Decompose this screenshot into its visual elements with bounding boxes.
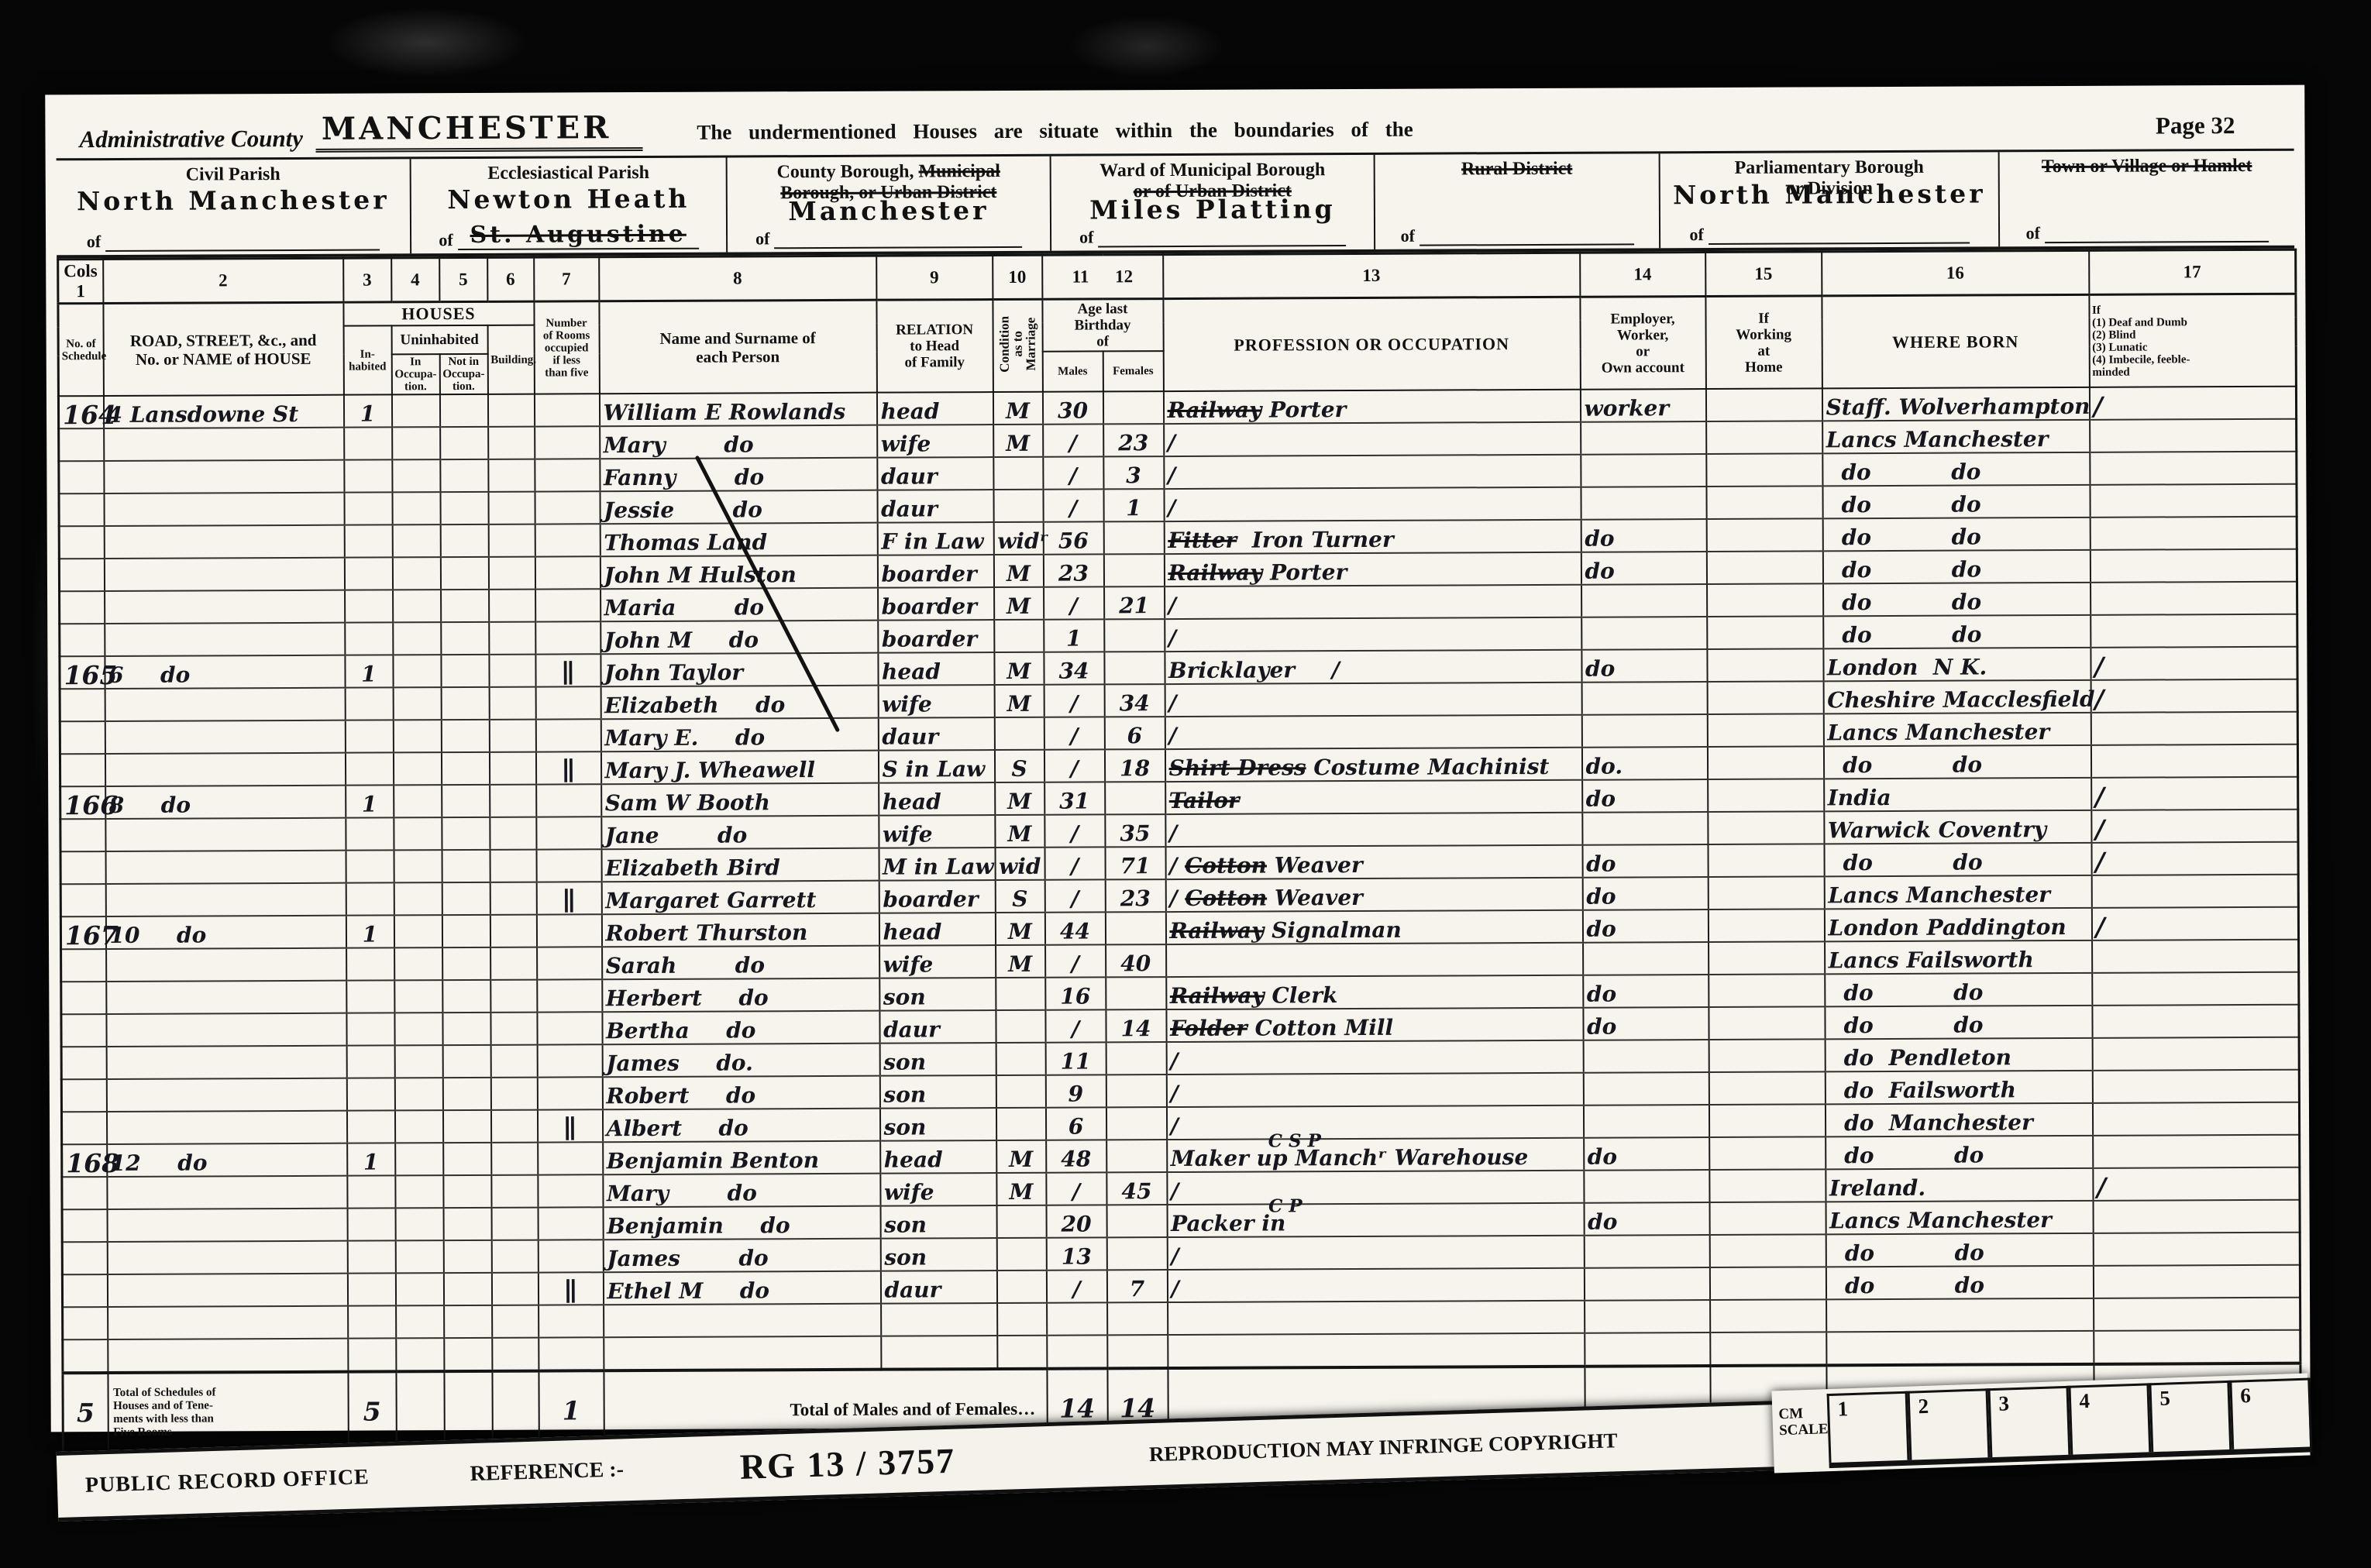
- col-num-15: 15: [1705, 252, 1822, 297]
- ecclesiastical-parish-of-value: St. Augustine: [470, 221, 686, 249]
- cell-empty: [1047, 1335, 1107, 1368]
- cell-employer: [1581, 584, 1707, 617]
- cell-age-female: [1106, 1140, 1167, 1172]
- cell-rooms: ∥: [535, 751, 600, 784]
- cell-road-name: [104, 525, 344, 559]
- cell-building: [490, 1078, 537, 1110]
- cell-relation: wife: [877, 425, 993, 458]
- cell-where-born: Staff. Wolverhampton: [1822, 387, 2089, 421]
- cell-inhabited: [346, 882, 394, 915]
- cell-building: [490, 785, 536, 817]
- cell-schedule-no: [61, 1047, 106, 1079]
- cell-uninhabited-in-occ: [393, 590, 441, 622]
- col-num-13: 13: [1163, 253, 1580, 298]
- blank-rule: [774, 246, 1022, 249]
- cell-at-home: [1709, 1006, 1825, 1040]
- ward-box: Ward of Municipal Borough or of Urban Di…: [1050, 155, 1375, 251]
- cell-age-female: [1106, 1107, 1166, 1140]
- cell-at-home: [1708, 811, 1824, 844]
- cell-where-born: do do: [1822, 518, 2090, 552]
- admin-county-value: MANCHESTER: [315, 109, 643, 153]
- cell-condition: S: [995, 880, 1044, 913]
- cell-schedule-no: [62, 1209, 107, 1242]
- cm-scale-label: CM SCALE: [1778, 1394, 1830, 1470]
- cell-age-female: [1106, 1205, 1167, 1237]
- cell-empty: [444, 1305, 492, 1338]
- cell-where-born: Lancs Manchester: [1826, 1201, 2093, 1235]
- cell-person-name: James do: [603, 1239, 880, 1273]
- cell-building: [490, 1013, 537, 1045]
- cell-condition: [996, 1010, 1045, 1043]
- cell-uninhabited-in-occ: [393, 655, 441, 687]
- cell-totals-schedules: 5: [63, 1373, 108, 1453]
- cell-where-born: do do: [1824, 843, 2091, 877]
- col-num-1: Cols 1: [58, 260, 103, 304]
- cell-occupation: /: [1167, 1268, 1584, 1302]
- cell-relation: M in Law: [879, 848, 995, 881]
- cell-person-name: Bertha do: [602, 1011, 879, 1045]
- cell-age-female: 23: [1103, 424, 1164, 456]
- cell-age-female: 35: [1105, 814, 1165, 847]
- cell-uninhabited-not-occ: [440, 459, 488, 492]
- cell-uninhabited-not-occ: [442, 850, 490, 882]
- cell-age-male: ∕: [1045, 944, 1106, 977]
- col-num-14: 14: [1580, 253, 1705, 297]
- col-employer-header: Employer, Worker, or Own account: [1580, 297, 1706, 390]
- cell-infirmity: [2091, 614, 2297, 648]
- cell-employer: [1581, 487, 1706, 520]
- cell-rooms: [535, 426, 600, 459]
- cell-uninhabited-in-occ: [395, 1240, 443, 1273]
- cell-road-name: [106, 1111, 346, 1144]
- cell-where-born: London N K.: [1823, 648, 2091, 682]
- cell-age-female: [1106, 1042, 1166, 1075]
- cell-infirmity: /: [2091, 777, 2298, 810]
- cell-relation: son: [880, 1238, 996, 1271]
- census-table: Cols 1 2 3 4 5 6 7 8 9 10 11 12 13 14 15…: [57, 249, 2302, 1455]
- cell-road-name: [105, 883, 346, 916]
- cell-uninhabited-not-occ: [441, 720, 489, 752]
- cell-schedule-no: [62, 1177, 107, 1209]
- ward-value: Miles Platting: [1089, 194, 1336, 225]
- cell-condition: [996, 1238, 1046, 1271]
- cell-occupation: Packer inC P: [1167, 1203, 1584, 1237]
- cell-uninhabited-not-occ: [442, 915, 490, 947]
- cell-uninhabited-not-occ: [443, 1240, 491, 1273]
- cell-employer: [1584, 1267, 1709, 1301]
- cell-condition: [996, 1075, 1045, 1108]
- cell-occupation: /: [1167, 1236, 1584, 1270]
- cell-rooms: [535, 686, 600, 719]
- cell-road-name: [105, 753, 345, 786]
- cell-at-home: [1709, 1267, 1826, 1300]
- copyright-notice: REPRODUCTION MAY INFRINGE COPYRIGHT: [1148, 1429, 1617, 1467]
- cell-building: [489, 590, 535, 622]
- cell-building: [491, 1143, 538, 1175]
- cell-building: [488, 492, 535, 524]
- cell-where-born: do do: [1822, 452, 2090, 487]
- cell-inhabited: [347, 1175, 395, 1208]
- cell-age-male: 20: [1046, 1205, 1106, 1237]
- cell-age-male: 23: [1043, 554, 1103, 586]
- cell-inhabited: 1: [343, 394, 391, 427]
- cell-schedule-no: [59, 526, 104, 559]
- cm-scale-ruler: 123456: [1827, 1377, 2313, 1468]
- cell-uninhabited-in-occ: [392, 427, 440, 459]
- cell-building: [491, 1175, 538, 1208]
- cell-schedule-no: [60, 754, 105, 786]
- cell-where-born: do do: [1823, 615, 2091, 649]
- cell-schedule-no: 167: [60, 916, 105, 949]
- cell-schedule-no: [61, 949, 106, 982]
- cell-uninhabited-in-occ: [393, 720, 441, 752]
- cell-empty: [604, 1336, 881, 1371]
- ecclesiastical-parish-value: Newton Heath: [447, 184, 690, 215]
- cell-uninhabited-in-occ: [394, 882, 442, 915]
- cell-infirmity: [2092, 940, 2299, 973]
- cell-condition: M: [994, 652, 1044, 685]
- parliamentary-borough-box: Parliamentary Borough or Division North …: [1659, 152, 1999, 248]
- cell-building: [489, 720, 535, 752]
- cell-age-female: 23: [1105, 879, 1165, 912]
- cell-building: [490, 1110, 537, 1143]
- cell-at-home: [1708, 909, 1824, 942]
- cell-rooms: ∥: [538, 1272, 603, 1305]
- col-road-header: ROAD, STREET, &c., and No. or NAME of HO…: [103, 302, 344, 396]
- cell-condition: M: [994, 685, 1044, 717]
- cell-rooms: [535, 621, 600, 654]
- cell-road-name: 12 do: [107, 1143, 347, 1177]
- cell-at-home: [1707, 648, 1823, 682]
- cell-infirmity: [2092, 1005, 2299, 1038]
- cell-schedule-no: [60, 819, 105, 851]
- cell-inhabited: 1: [345, 655, 393, 687]
- cell-age-male: 56: [1043, 521, 1103, 554]
- cell-infirmity: /: [2091, 647, 2297, 680]
- cell-uninhabited-not-occ: [441, 752, 489, 785]
- col-age-header: Age last Birthday of: [1042, 299, 1163, 352]
- cell-schedule-no: [59, 461, 104, 493]
- cell-person-name: Elizabeth do: [600, 686, 878, 720]
- admin-county-label: Administrative County: [79, 125, 303, 153]
- cell-employer: do: [1581, 519, 1706, 552]
- cell-condition: wid: [995, 848, 1044, 880]
- cell-rooms: [535, 459, 600, 491]
- cell-condition: [996, 1271, 1046, 1303]
- cell-condition: M: [994, 587, 1044, 620]
- cell-at-home: [1708, 844, 1824, 877]
- cm-scale-cell: 6: [2230, 1377, 2313, 1449]
- cell-where-born: Lancs Manchester: [1822, 420, 2090, 454]
- cell-where-born: do do: [1822, 550, 2090, 584]
- cell-empty: [1826, 1298, 2094, 1332]
- cell-rooms: [537, 1077, 602, 1109]
- district-header-band: Civil Parish North Manchester of Ecclesi…: [57, 149, 2295, 259]
- cell-road-name: [107, 1241, 347, 1274]
- cell-schedule-no: [59, 493, 104, 526]
- cell-infirmity: [2093, 1135, 2300, 1168]
- cell-rooms: [537, 947, 602, 979]
- table-header: Cols 1 2 3 4 5 6 7 8 9 10 11 12 13 14 15…: [58, 249, 2297, 396]
- cell-person-name: Jane do: [601, 816, 879, 850]
- cell-at-home: [1709, 1234, 1826, 1267]
- cell-road-name: [105, 688, 345, 721]
- cell-occupation: /: [1166, 1106, 1583, 1140]
- cell-inhabited: [346, 817, 394, 850]
- cell-where-born: do do: [1823, 745, 2091, 779]
- cell-schedule-no: [60, 689, 105, 721]
- cell-relation: boarder: [877, 555, 993, 588]
- of-label: of: [1689, 225, 1703, 245]
- blank-rule: [2045, 241, 2269, 243]
- civil-parish-box: Civil Parish North Manchester of: [57, 159, 411, 255]
- cell-at-home: [1706, 421, 1822, 454]
- cell-uninhabited-not-occ: [443, 1143, 491, 1175]
- cell-road-name: [105, 851, 346, 884]
- cell-occupation: Tailor: [1165, 780, 1582, 814]
- cell-age-male: ∕: [1044, 749, 1104, 782]
- cell-rooms: [537, 1044, 602, 1077]
- cell-age-male: 1: [1044, 619, 1104, 652]
- cell-schedule-no: [61, 1112, 106, 1144]
- cell-age-male: ∕: [1046, 1270, 1106, 1302]
- cell-relation: son: [880, 1205, 996, 1239]
- cell-empty: [997, 1303, 1047, 1336]
- cell-age-female: [1103, 391, 1163, 424]
- col-where-born-header: WHERE BORN: [1822, 294, 2090, 388]
- cell-age-female: [1104, 619, 1165, 652]
- cell-employer: do: [1581, 649, 1707, 683]
- cell-where-born: do do: [1826, 1136, 2093, 1170]
- cell-uninhabited-not-occ: [443, 1175, 491, 1208]
- cell-empty: [444, 1338, 492, 1371]
- cell-age-female: [1106, 977, 1166, 1009]
- cell-at-home: [1707, 616, 1823, 649]
- cell-schedule-no: [60, 721, 105, 754]
- cell-schedule-no: [60, 624, 105, 656]
- cell-road-name: [104, 460, 344, 493]
- cell-employer: worker: [1580, 389, 1705, 422]
- cell-age-female: [1104, 652, 1165, 684]
- rural-district-label-struck: Rural District: [1461, 159, 1572, 181]
- cell-age-male: 9: [1045, 1075, 1106, 1107]
- cell-age-male: ∕: [1043, 424, 1103, 456]
- of-label: of: [87, 232, 101, 252]
- cell-occupation: Railway Clerk: [1166, 975, 1583, 1009]
- cell-employer: [1582, 812, 1708, 845]
- cell-uninhabited-in-occ: [394, 1110, 442, 1143]
- cell-employer: [1581, 454, 1706, 487]
- cell-empty: [1585, 1332, 1710, 1367]
- cell-building: [490, 1045, 537, 1078]
- cell-empty: [396, 1305, 444, 1338]
- cell-condition: M: [996, 1140, 1046, 1173]
- cell-empty: [492, 1305, 539, 1338]
- cell-person-name: Albert do: [602, 1109, 879, 1143]
- cell-uninhabited-not-occ: [440, 524, 488, 557]
- cell-totals-label: Total of Schedules of Houses and of Tene…: [108, 1372, 348, 1453]
- cell-empty: [2094, 1298, 2300, 1331]
- cell-uninhabited-not-occ: [441, 687, 489, 720]
- cell-occupation: Fitter Iron Turner: [1164, 520, 1581, 554]
- cell-age-male: 16: [1045, 977, 1106, 1009]
- cell-relation: wife: [880, 1173, 996, 1206]
- cell-uninhabited-not-occ: [440, 492, 488, 524]
- cell-rooms: [535, 491, 600, 524]
- cell-person-name: Mary do: [603, 1174, 880, 1208]
- cell-at-home: [1706, 551, 1822, 584]
- cell-uninhabited-not-occ: [443, 1273, 491, 1305]
- cell-age-male: ∕: [1046, 1172, 1106, 1205]
- cell-employer: [1581, 617, 1707, 650]
- cell-condition: M: [993, 425, 1043, 457]
- cell-occupation: Bricklayer /: [1165, 650, 1581, 684]
- cell-where-born: Ireland.: [1826, 1168, 2093, 1202]
- cell-rooms: [538, 1240, 603, 1272]
- cell-person-name: Margaret Garrett: [601, 881, 879, 915]
- ecclesiastical-parish-box: Ecclesiastical Parish Newton Heath ofSt.…: [410, 158, 727, 254]
- reference-label: REFERENCE :-: [470, 1457, 624, 1487]
- cell-age-male: 13: [1046, 1237, 1106, 1270]
- cell-infirmity: /: [2091, 907, 2298, 940]
- cell-where-born: Lancs Manchester: [1824, 875, 2091, 910]
- cell-rooms: [535, 556, 600, 589]
- cell-schedule-no: 164: [58, 396, 103, 428]
- cell-relation: wife: [879, 945, 996, 978]
- cell-inhabited: [344, 427, 392, 459]
- cell-road-name: [107, 1274, 347, 1307]
- cell-empty: [1585, 1300, 1710, 1333]
- civil-parish-label: Civil Parish: [186, 164, 280, 186]
- of-label: of: [439, 230, 453, 250]
- cell-uninhabited-in-occ: [394, 817, 442, 850]
- col-rooms-header: Number of Rooms occupied if less than fi…: [534, 301, 600, 394]
- col-num-4: 4: [391, 258, 439, 302]
- cell-inhabited: [346, 947, 394, 980]
- film-artifact: [325, 8, 527, 77]
- cell-uninhabited-in-occ: [393, 752, 441, 785]
- cell-relation: son: [879, 1075, 996, 1109]
- cell-person-name: Robert do: [602, 1076, 879, 1110]
- cell-infirmity: [2092, 1070, 2299, 1103]
- cell-uninhabited-in-occ: [393, 687, 441, 720]
- cell-at-home: [1707, 714, 1823, 747]
- cell-empty: [108, 1339, 348, 1373]
- cell-infirmity: /: [2091, 842, 2298, 875]
- cell-person-name: Maria do: [600, 588, 878, 622]
- cell-person-name: John M Hulston: [600, 555, 877, 590]
- cell-age-female: 45: [1106, 1172, 1167, 1205]
- cell-empty: [1047, 1302, 1107, 1335]
- cell-uninhabited-in-occ: [394, 850, 442, 882]
- cell-infirmity: [2092, 972, 2299, 1006]
- cell-age-male: 30: [1042, 391, 1103, 424]
- cell-relation: head: [879, 782, 995, 816]
- cell-inhabited: [345, 720, 393, 752]
- cell-rooms: [535, 719, 600, 751]
- occupation-annotation: C S P: [1268, 1129, 1321, 1154]
- cell-inhabited: [346, 1045, 394, 1078]
- cell-where-born: do do: [1822, 485, 2090, 519]
- cell-uninhabited-in-occ: [392, 557, 440, 590]
- cell-inhabited: 1: [346, 915, 394, 947]
- blank-rule: [1420, 243, 1634, 246]
- col-uninhabited-header: Uninhabited: [391, 325, 487, 355]
- cell-age-female: 3: [1103, 456, 1164, 489]
- cell-road-name: 10 do: [105, 916, 346, 949]
- cell-occupation: /: [1166, 1040, 1583, 1075]
- cell-relation: son: [879, 978, 996, 1011]
- town-village-label-struck: Town or Village or Hamlet: [2042, 156, 2252, 177]
- cell-employer: [1583, 1072, 1709, 1106]
- cell-employer: [1584, 1170, 1709, 1203]
- cell-at-home: [1705, 388, 1822, 421]
- cell-schedule-no: [61, 982, 106, 1014]
- cell-empty: [108, 1306, 348, 1339]
- cell-person-name: Herbert do: [602, 978, 879, 1013]
- blank-rule: [1709, 242, 1970, 245]
- cell-road-name: 8 do: [105, 786, 346, 819]
- cell-employer: do: [1581, 552, 1706, 585]
- col-at-home-header: If Working at Home: [1705, 296, 1822, 389]
- col-num-16: 16: [1822, 250, 2089, 296]
- cell-uninhabited-in-occ: [393, 622, 441, 655]
- cell-building: [488, 557, 535, 590]
- cell-schedule-no: [62, 1274, 107, 1307]
- cell-where-born: do do: [1826, 1233, 2093, 1267]
- cell-empty: [1826, 1331, 2094, 1366]
- cell-uninhabited-not-occ: [442, 882, 490, 915]
- cell-e1: [396, 1371, 444, 1452]
- cell-age-male: 31: [1044, 782, 1105, 814]
- cell-empty: [348, 1338, 396, 1371]
- cell-inhabited: [347, 1208, 395, 1240]
- cell-inhabited: [346, 850, 394, 882]
- col-name-header: Name and Surname of each Person: [599, 300, 877, 394]
- cell-empty: [348, 1305, 396, 1338]
- col-relation-header: RELATION to Head of Family: [876, 300, 993, 393]
- cell-infirmity: [2093, 1265, 2300, 1298]
- cell-age-female: [1105, 782, 1165, 814]
- cell-at-home: [1709, 1202, 1826, 1235]
- cell-uninhabited-not-occ: [442, 817, 490, 850]
- cell-totals-houses: 5: [348, 1371, 396, 1452]
- cell-age-female: 14: [1106, 1009, 1166, 1042]
- cell-inhabited: [345, 752, 393, 785]
- cell-uninhabited-not-occ: [440, 557, 488, 590]
- cell-uninhabited-not-occ: [442, 980, 490, 1013]
- cell-occupation: / Cotton Weaver: [1165, 845, 1582, 879]
- cell-person-name: Sarah do: [602, 946, 879, 980]
- cell-occupation: Shirt Dress Costume Machinist: [1165, 748, 1581, 782]
- cell-road-name: [105, 818, 346, 851]
- col-num-17: 17: [2089, 249, 2296, 294]
- cell-where-born: Cheshire Macclesfield: [1823, 680, 2091, 714]
- col-not-in-occupation-header: Not in Occupa- tion.: [439, 354, 487, 394]
- cell-condition: S: [994, 750, 1044, 782]
- cell-schedule-no: [59, 559, 104, 591]
- cell-empty: [492, 1338, 539, 1371]
- cell-empty: [881, 1336, 997, 1370]
- cell-schedule-no: 168: [62, 1144, 107, 1177]
- cm-scale-cell: 4: [2069, 1383, 2152, 1454]
- cell-at-home: [1709, 974, 1825, 1007]
- cell-uninhabited-in-occ: [394, 1045, 442, 1078]
- cell-uninhabited-in-occ: [395, 1175, 443, 1208]
- cell-uninhabited-not-occ: [442, 1045, 490, 1078]
- cell-occupation: /: [1165, 617, 1581, 652]
- cell-rooms: [537, 979, 602, 1012]
